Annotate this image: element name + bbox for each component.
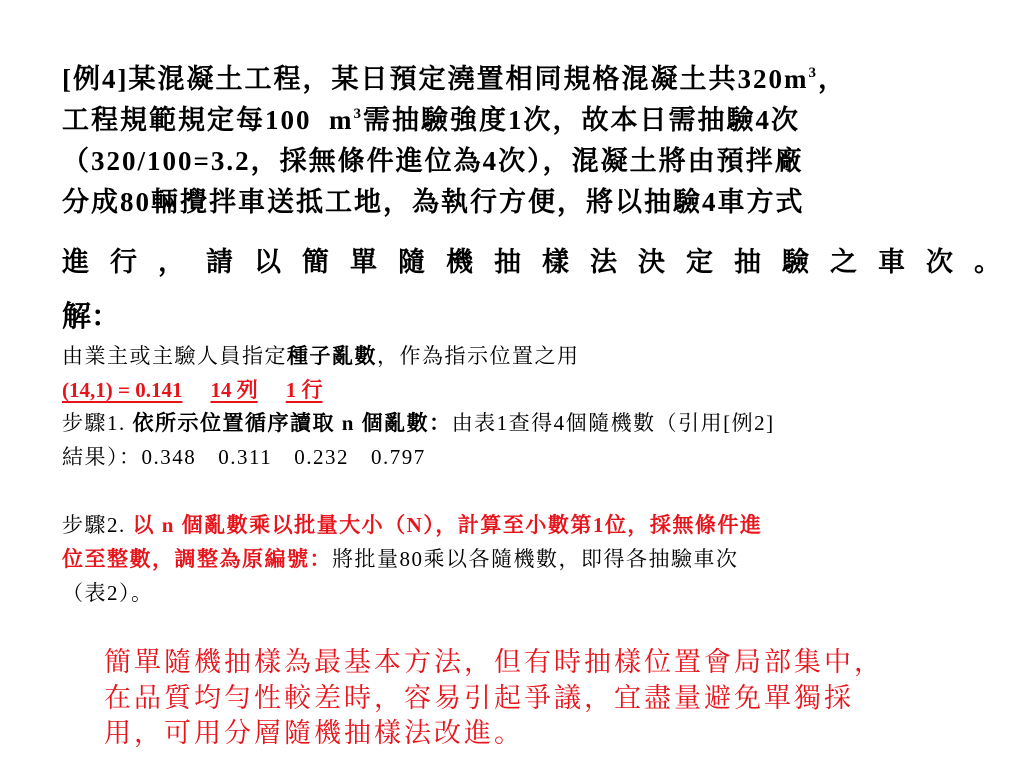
problem-line-2-tail: 需抽驗強度1次，故本日需抽驗4次	[363, 105, 800, 135]
problem-line-1-tail: ，	[818, 64, 847, 94]
problem-line-1: [例4]某混凝土工程，某日預定澆置相同規格混凝土共320m3，	[62, 57, 847, 96]
step2-text: 將批量80乘以各隨機數，即得各抽驗車次	[332, 547, 739, 571]
step2-line-1: 步驟2. 以 n 個亂數乘以批量大小（N），計算至小數第1位，採無條件進	[62, 509, 762, 539]
note-line-2: 在品質均勻性較差時，容易引起爭議，宜盡量避免單獨採	[104, 676, 854, 715]
step1-line-2: 結果）：0.3480.3110.2320.797	[62, 441, 426, 471]
step1-title: 依所示位置循序讀取 n 個亂數：	[133, 411, 452, 435]
step1-label: 步驟1.	[62, 411, 133, 435]
step1-text: 由表1查得4個隨機數（引用[例2]	[452, 411, 775, 435]
superscript: 3	[354, 106, 364, 122]
solution-heading: 解：	[62, 294, 120, 335]
problem-line-4: 分成80輛攪拌車送抵工地，為執行方便，將以抽驗4車方式	[62, 180, 805, 219]
random-number: 0.797	[371, 445, 426, 469]
step2-title-cont: 位至整數，調整為原編號：	[62, 547, 332, 571]
slide: [例4]某混凝土工程，某日預定澆置相同規格混凝土共320m3， 工程規範規定每1…	[0, 0, 1024, 768]
intro-suffix: ，作為指示位置之用	[377, 344, 580, 368]
intro-seed-term: 種子亂數	[287, 344, 377, 368]
seed-value: (14,1) = 0.141	[62, 378, 182, 402]
random-number: 0.348	[142, 445, 197, 469]
seed-line: (14,1) = 0.14114 列1 行	[62, 374, 322, 404]
note-line-3: 用，可用分層隨機抽樣法改進。	[104, 711, 524, 750]
solution-intro: 由業主或主驗人員指定種子亂數，作為指示位置之用	[62, 340, 580, 370]
problem-line-3: （320/100=3.2，採無條件進位為4次），混凝土將由預拌廠	[62, 139, 804, 178]
problem-line-5: 進行，請以簡單隨機抽樣法決定抽驗之車次。	[62, 240, 1022, 279]
step1-result-prefix: 結果）：	[62, 445, 142, 469]
problem-line-1-text: [例4]某混凝土工程，某日預定澆置相同規格混凝土共320m	[62, 64, 808, 94]
superscript: 3	[808, 65, 818, 81]
step2-title: 以 n 個亂數乘以批量大小（N），計算至小數第1位，採無條件進	[133, 513, 763, 537]
random-number: 0.232	[294, 445, 349, 469]
note-line-1: 簡單隨機抽樣為最基本方法，但有時抽樣位置會局部集中，	[104, 640, 884, 679]
random-number: 0.311	[218, 445, 272, 469]
intro-prefix: 由業主或主驗人員指定	[62, 344, 287, 368]
step2-line-2: 位至整數，調整為原編號：將批量80乘以各隨機數，即得各抽驗車次	[62, 543, 739, 573]
step2-label: 步驟2.	[62, 513, 133, 537]
step2-line-3: （表2）。	[62, 577, 154, 607]
problem-line-2: 工程規範規定每100 m3需抽驗強度1次，故本日需抽驗4次	[62, 98, 800, 137]
seed-row: 14 列	[210, 378, 257, 402]
step1-line-1: 步驟1. 依所示位置循序讀取 n 個亂數：由表1查得4個隨機數（引用[例2]	[62, 407, 775, 437]
problem-line-2-text: 工程規範規定每100 m	[62, 105, 354, 135]
seed-column: 1 行	[286, 378, 323, 402]
